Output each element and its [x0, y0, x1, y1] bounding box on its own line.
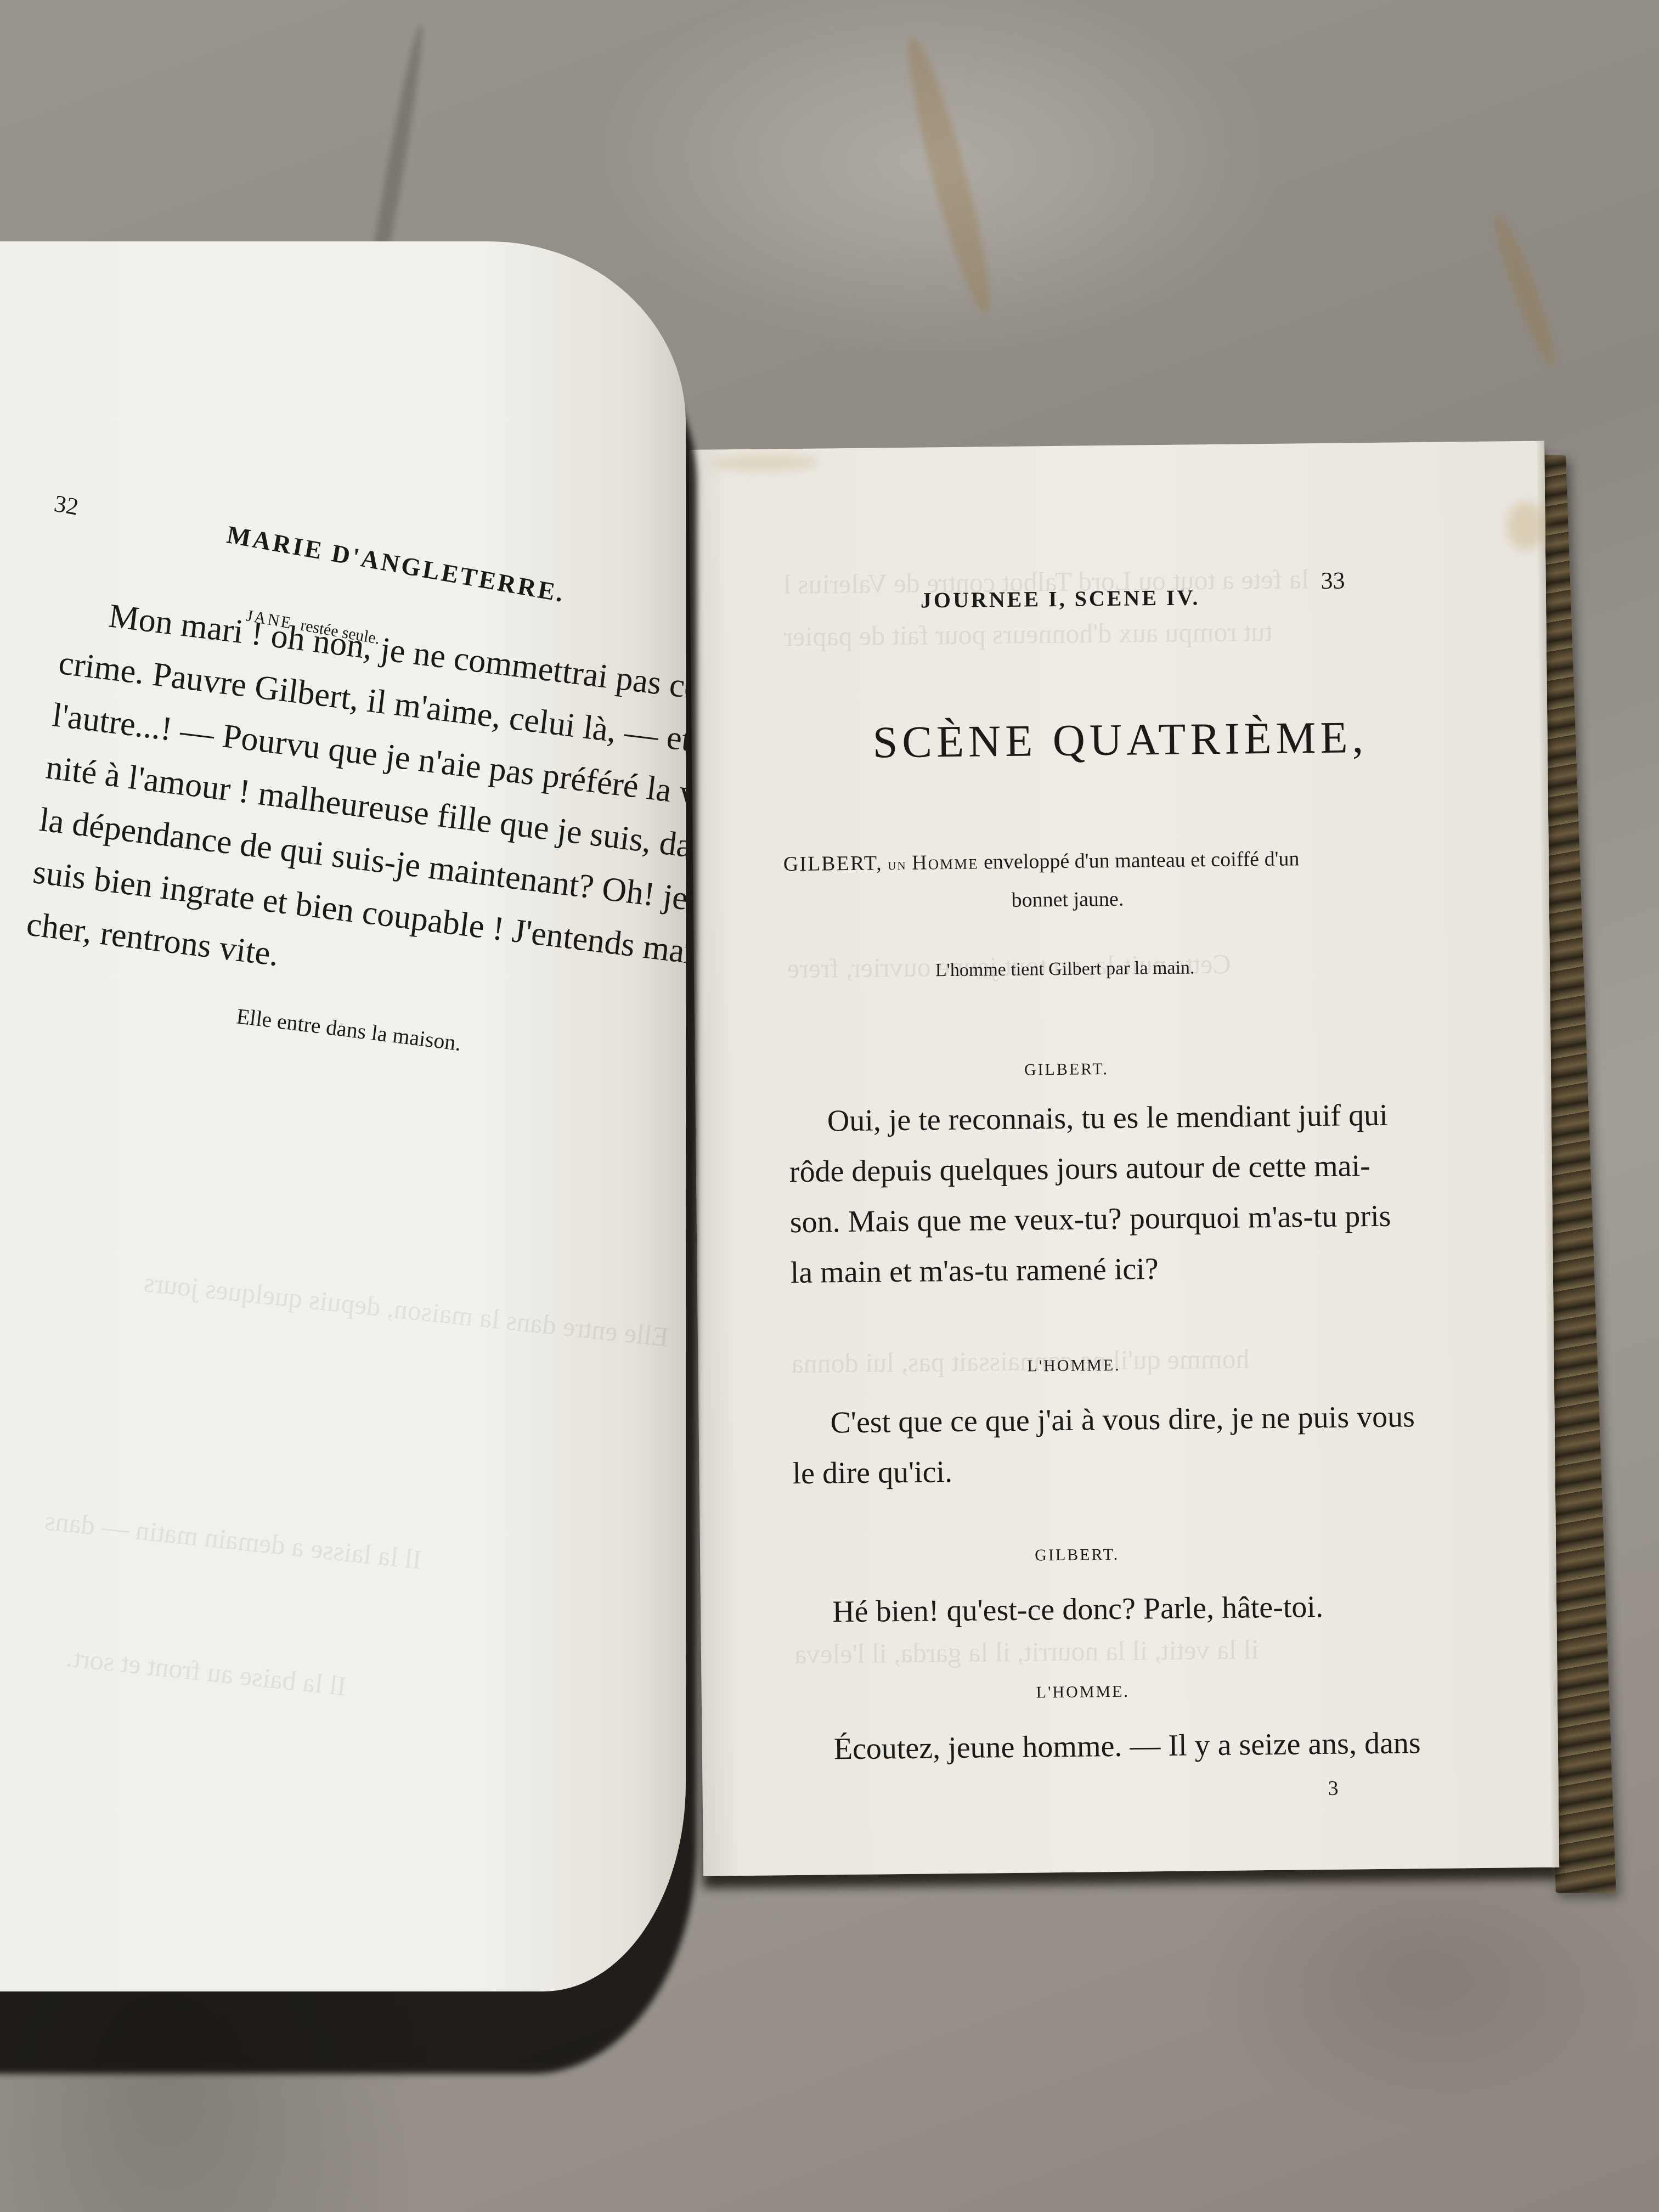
signature-mark: 3	[1328, 1776, 1338, 1801]
scene-title: SCÈNE QUATRIÈME,	[872, 712, 1368, 768]
speech-line: le dire qu'ici.	[792, 1442, 1415, 1499]
foxing-stain	[1506, 501, 1545, 551]
character-name: GILBERT,	[783, 851, 883, 876]
left-page: Elle entre dans la maison, depuis quelqu…	[0, 241, 686, 1991]
speech-line: C'est que ce que j'ai à vous dire, je ne…	[792, 1391, 1415, 1448]
speech-block: Hé bien! qu'est-ce donc? Parle, hâte-toi…	[794, 1582, 1324, 1638]
speech-line: Écoutez, jeune homme. — Il y a seize ans…	[795, 1718, 1421, 1775]
speaker-label: GILBERT.	[1035, 1545, 1119, 1565]
character-prefix: un	[888, 855, 907, 873]
running-head: JOURNEE I, SCENE IV.	[921, 584, 1200, 613]
page-number: 33	[1321, 566, 1345, 594]
show-through-text: Il la baise au front et sort.	[64, 1631, 348, 1712]
speaker-label: L'HOMME.	[1027, 1356, 1121, 1376]
foxing-stain	[710, 454, 820, 471]
speech-block: Oui, je te reconnais, tu es le mendiant …	[788, 1090, 1391, 1298]
closing-stage-direction: Elle entre dans la maison.	[235, 1003, 463, 1056]
speech-line: la main et m'as-tu ramené ici?	[790, 1242, 1392, 1298]
speaker-label: GILBERT.	[1024, 1060, 1109, 1080]
characters-line: GILBERT, un Homme enveloppé d'un manteau…	[783, 847, 1300, 876]
speaker-label: L'HOMME.	[1036, 1683, 1130, 1702]
speech-line: rôde depuis quelques jours autour de cet…	[789, 1141, 1391, 1197]
marble-vein	[1487, 210, 1564, 372]
opening-stage-direction: L'homme tient Gilbert par la main.	[935, 957, 1195, 981]
speech-block: Mon mari ! oh non, je ne commettrai pas …	[24, 584, 686, 1033]
characters-line-2: bonnet jaune.	[1011, 887, 1124, 912]
show-through-text: homme qu'il ne connaissait pas, lui donn…	[791, 1333, 1250, 1390]
character-other: Homme	[912, 851, 979, 874]
speech-line: Hé bien! qu'est-ce donc? Parle, hâte-toi…	[794, 1582, 1324, 1638]
page-number: 32	[52, 489, 81, 521]
running-head: MARIE D'ANGLETERRE.	[225, 520, 568, 608]
speech-line: son. Mais que me veux-tu? pourquoi m'as-…	[789, 1191, 1391, 1248]
right-page: la fete a tout ou Lord Talbot contre de …	[689, 441, 1559, 1876]
show-through-text: Il la laisse a demain matin — dans	[42, 1494, 424, 1586]
speech-block: Écoutez, jeune homme. — Il y a seize ans…	[795, 1718, 1421, 1775]
show-through-text: Elle entre dans la maison, depuis quelqu…	[142, 1256, 672, 1363]
speech-line: Oui, je te reconnais, tu es le mendiant …	[788, 1090, 1390, 1147]
marble-vein	[896, 33, 1002, 318]
speech-block: C'est que ce que j'ai à vous dire, je ne…	[792, 1391, 1415, 1499]
character-description: enveloppé d'un manteau et coiffé d'un	[984, 847, 1300, 873]
show-through-text: tut rompu aux d'honneurs pour fait de pa…	[783, 606, 1273, 663]
